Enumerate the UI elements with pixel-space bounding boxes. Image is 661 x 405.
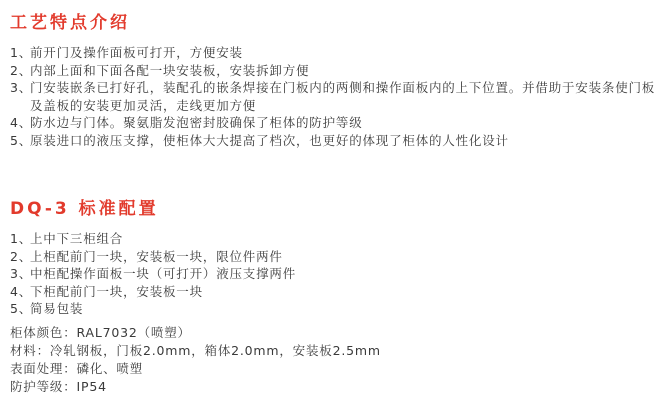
list-marker: 5、: [10, 132, 30, 150]
list-marker: 1、: [10, 230, 30, 248]
list-item: 3、 门安装嵌条已打好孔，装配孔的嵌条焊接在门板内的两侧和操作面板内的上下位置。…: [10, 79, 661, 97]
list-item: 1、 上中下三柜组合: [10, 230, 661, 248]
craft-features-section: 工艺特点介绍 1、 前开门及操作面板可打开，方便安装 2、 内部上面和下面各配一…: [10, 12, 661, 149]
catalog-page: 工艺特点介绍 1、 前开门及操作面板可打开，方便安装 2、 内部上面和下面各配一…: [0, 0, 661, 405]
spec-value: IP54: [77, 379, 107, 394]
list-marker: 1、: [10, 44, 30, 62]
spec-label: 防护等级：: [10, 379, 77, 394]
list-item-text: 防水边与门体。聚氨脂发泡密封胶确保了柜体的防护等级: [30, 114, 363, 132]
spec-row-material: 材料：冷轧钢板，门板2.0mm，箱体2.0mm，安装板2.5mm: [10, 342, 661, 360]
list-item-continuation: 及盖板的安装更加灵活，走线更加方便: [10, 97, 661, 115]
list-item-text: 门安装嵌条已打好孔，装配孔的嵌条焊接在门板内的两侧和操作面板内的上下位置。并借助…: [30, 79, 655, 97]
list-marker: 5、: [10, 300, 30, 318]
list-item: 2、 内部上面和下面各配一块安装板，安装拆卸方便: [10, 62, 661, 80]
list-item-text: 中柜配操作面板一块（可打开）液压支撑两件: [30, 265, 296, 283]
spec-value: 冷轧钢板，门板2.0mm，箱体2.0mm，安装板2.5mm: [50, 343, 381, 358]
list-marker: 3、: [10, 79, 30, 97]
craft-features-list: 1、 前开门及操作面板可打开，方便安装 2、 内部上面和下面各配一块安装板，安装…: [10, 44, 661, 149]
list-item: 4、 下柜配前门一块，安装板一块: [10, 283, 661, 301]
section-title-config: DQ-3 标准配置: [10, 198, 661, 220]
spec-list: 柜体颜色：RAL7032（喷塑） 材料：冷轧钢板，门板2.0mm，箱体2.0mm…: [10, 324, 661, 396]
list-item: 5、 简易包装: [10, 300, 661, 318]
list-item: 5、 原装进口的液压支撑，使柜体大大提高了档次，也更好的体现了柜体的人性化设计: [10, 132, 661, 150]
spec-label: 材料：: [10, 343, 50, 358]
list-marker: 3、: [10, 265, 30, 283]
section-title-craft: 工艺特点介绍: [10, 12, 661, 34]
list-item-text: 上中下三柜组合: [30, 230, 123, 248]
list-item-text: 内部上面和下面各配一块安装板，安装拆卸方便: [30, 62, 309, 80]
list-marker: 2、: [10, 248, 30, 266]
standard-config-list: 1、 上中下三柜组合 2、 上柜配前门一块，安装板一块，限位件两件 3、 中柜配…: [10, 230, 661, 318]
list-item-text: 简易包装: [30, 300, 83, 318]
spec-row-cabinet-color: 柜体颜色：RAL7032（喷塑）: [10, 324, 661, 342]
spec-value: 磷化、喷塑: [77, 361, 144, 376]
list-item: 2、 上柜配前门一块，安装板一块，限位件两件: [10, 248, 661, 266]
spec-label: 表面处理：: [10, 361, 77, 376]
list-item-text: 下柜配前门一块，安装板一块: [30, 283, 203, 301]
spec-value: RAL7032（喷塑）: [77, 325, 191, 340]
spec-row-protection-rating: 防护等级：IP54: [10, 378, 661, 396]
spec-label: 柜体颜色：: [10, 325, 77, 340]
list-marker: 4、: [10, 283, 30, 301]
list-item: 3、 中柜配操作面板一块（可打开）液压支撑两件: [10, 265, 661, 283]
list-item: 1、 前开门及操作面板可打开，方便安装: [10, 44, 661, 62]
list-item: 4、 防水边与门体。聚氨脂发泡密封胶确保了柜体的防护等级: [10, 114, 661, 132]
list-item-text: 上柜配前门一块，安装板一块，限位件两件: [30, 248, 283, 266]
spec-row-surface-treatment: 表面处理：磷化、喷塑: [10, 360, 661, 378]
list-marker: 4、: [10, 114, 30, 132]
list-item-text: 原装进口的液压支撑，使柜体大大提高了档次，也更好的体现了柜体的人性化设计: [30, 132, 509, 150]
list-marker: 2、: [10, 62, 30, 80]
list-item-text: 前开门及操作面板可打开，方便安装: [30, 44, 243, 62]
standard-config-section: DQ-3 标准配置 1、 上中下三柜组合 2、 上柜配前门一块，安装板一块，限位…: [10, 198, 661, 396]
list-item-text: 及盖板的安装更加灵活，走线更加方便: [30, 97, 256, 115]
